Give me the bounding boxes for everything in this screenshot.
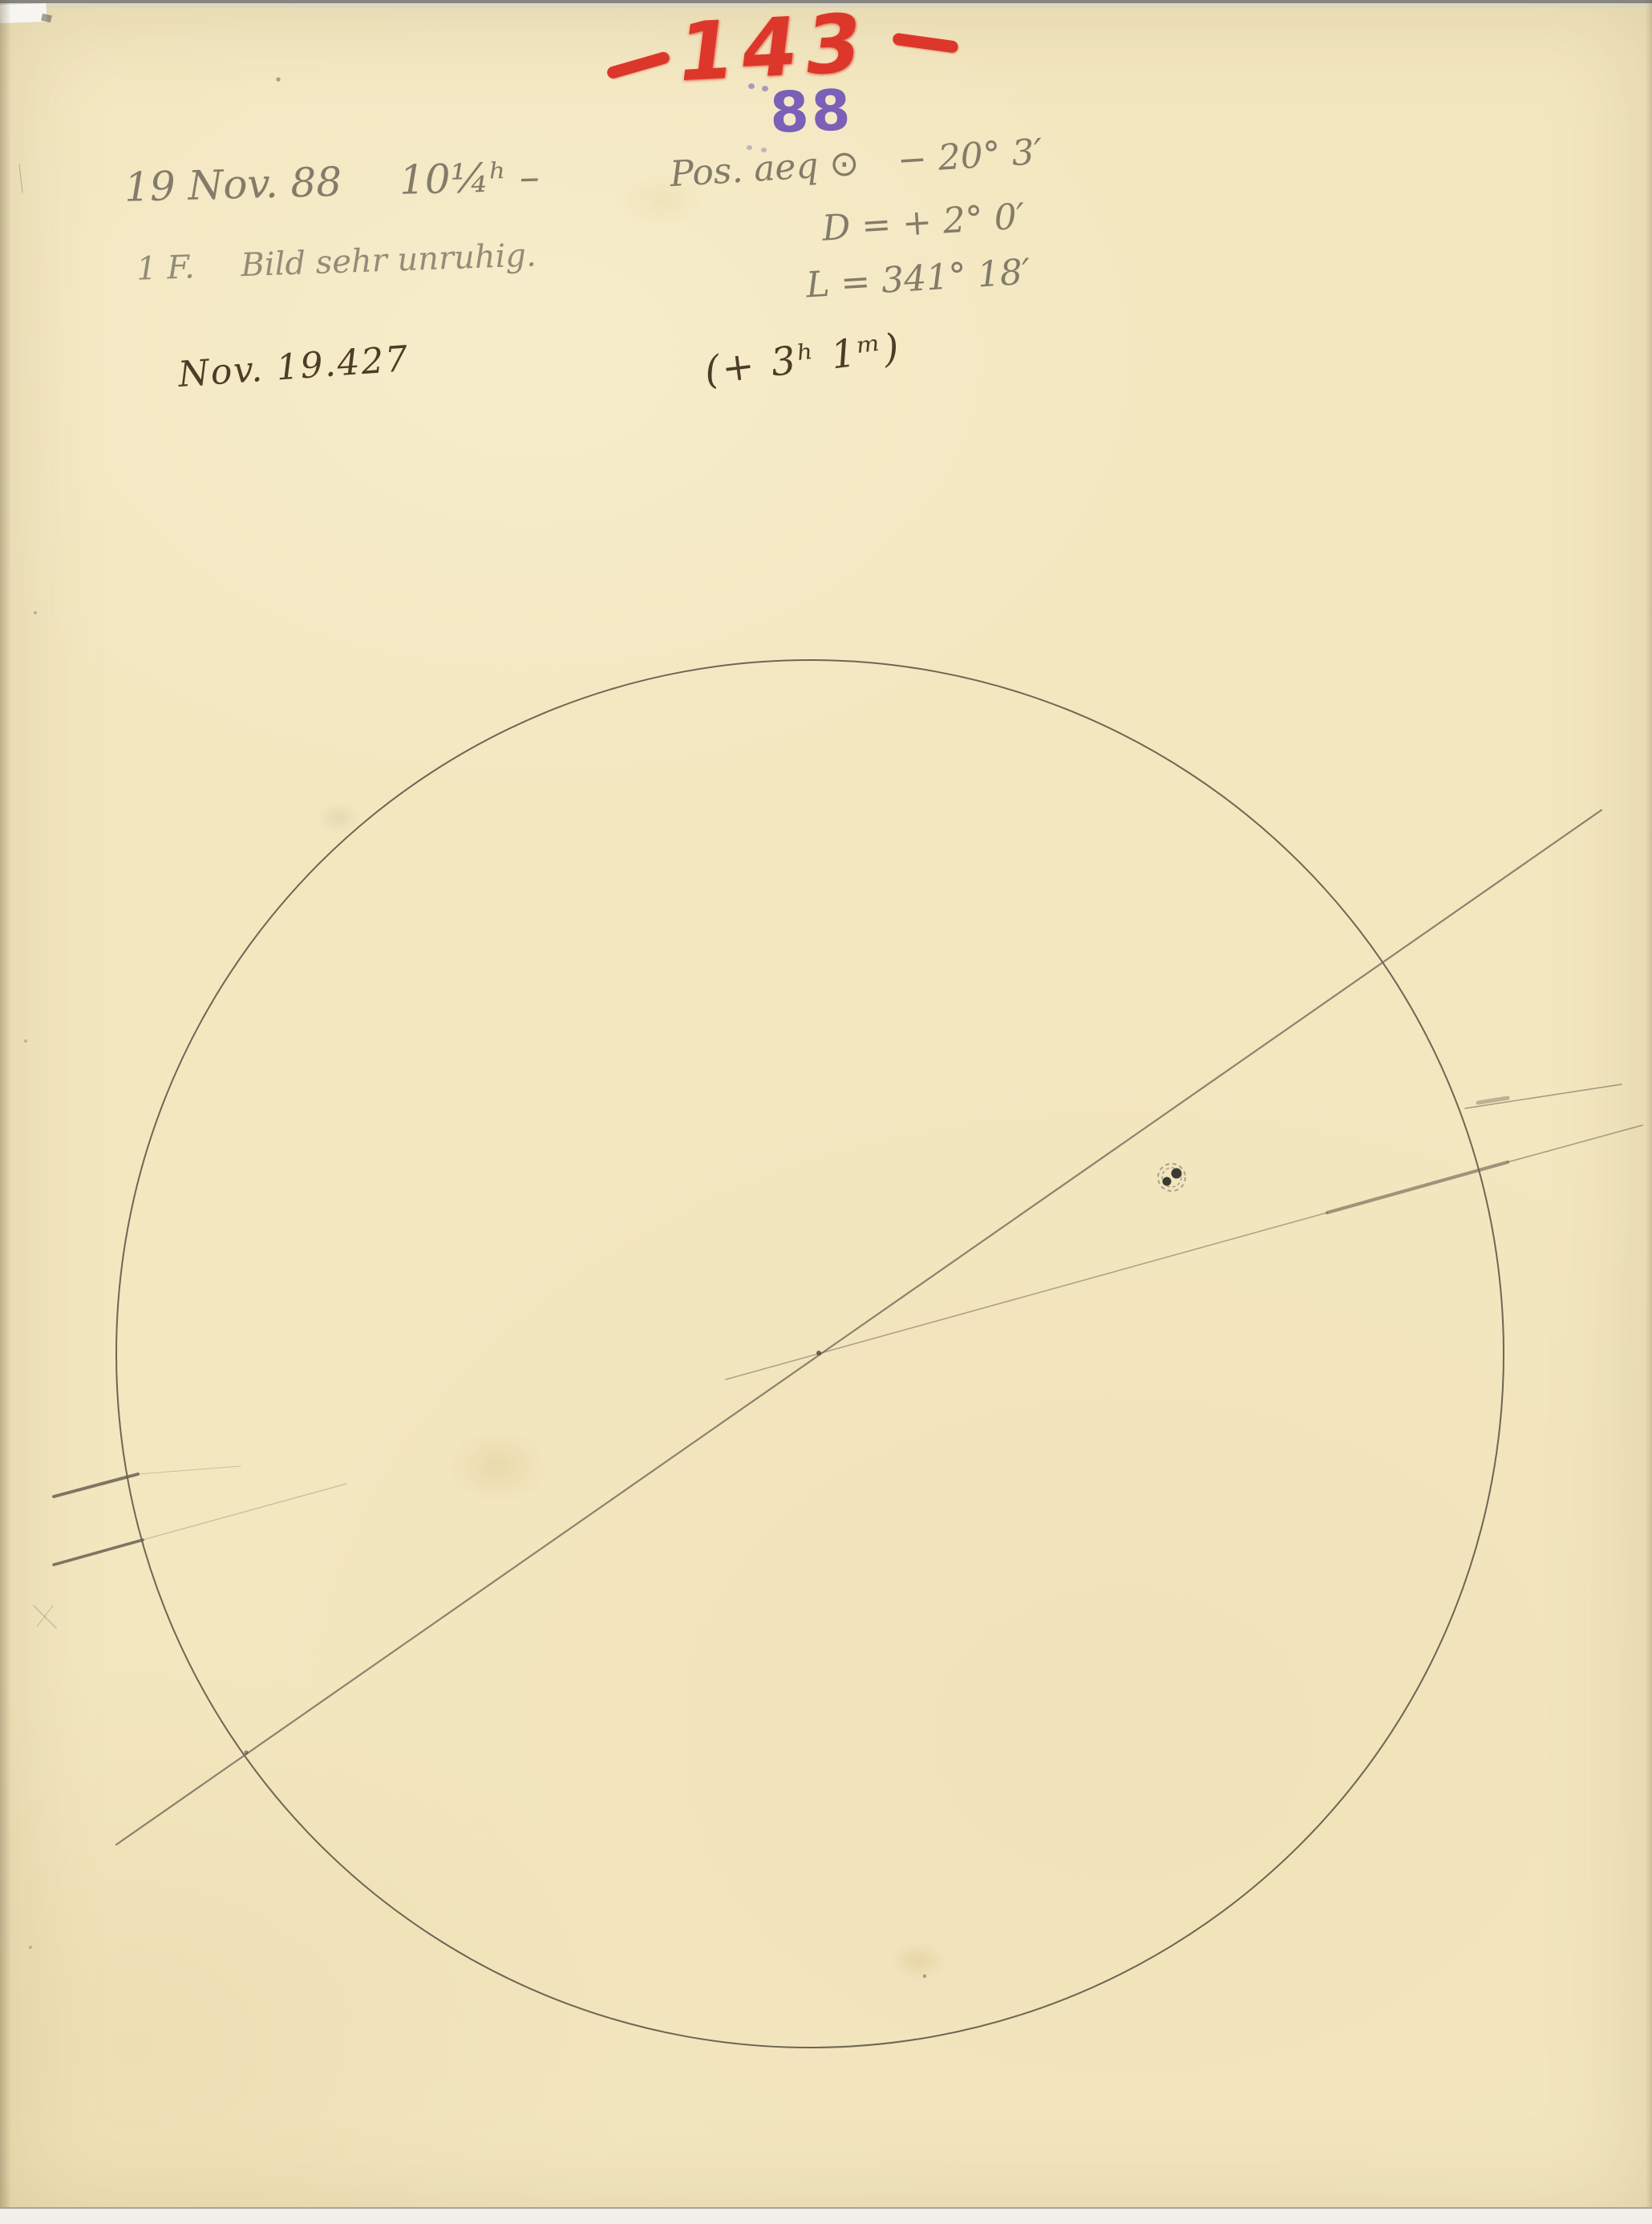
sunspot-umbra-right: [1172, 1169, 1182, 1179]
paper-dot-b: [276, 77, 280, 81]
sunspot-umbra-left: [1163, 1177, 1172, 1186]
axis-left-outer-segment: [54, 1540, 143, 1565]
limb-crossing-mark: [244, 1750, 248, 1754]
disk-center-mark: [816, 1351, 821, 1355]
tick-upper-right-line: [1465, 1084, 1622, 1108]
tick-upper-left-faint: [138, 1466, 241, 1474]
paper-fiber-b: [37, 1606, 53, 1626]
axis-center-faint-segment: [726, 1213, 1327, 1379]
tick-upper-left-dark: [54, 1474, 138, 1497]
axis-left-faint-segment: [143, 1484, 346, 1540]
paper-dot-a: [923, 1975, 926, 1978]
scanned-logbook-page: 143 88 19 Nov. 8810¼ʰ – 1 F.Bild sehr un…: [0, 0, 1652, 2224]
axis-right-faint-segment: [1508, 1125, 1642, 1162]
solar-disk-outline: [116, 660, 1504, 2048]
solar-disk-drawing: [0, 0, 1652, 2224]
main-diagonal-line: [116, 810, 1601, 1845]
paper-fiber-a: [34, 1606, 56, 1628]
axis-right-dark-segment: [1327, 1162, 1508, 1213]
paper-fiber-c: [19, 164, 22, 192]
